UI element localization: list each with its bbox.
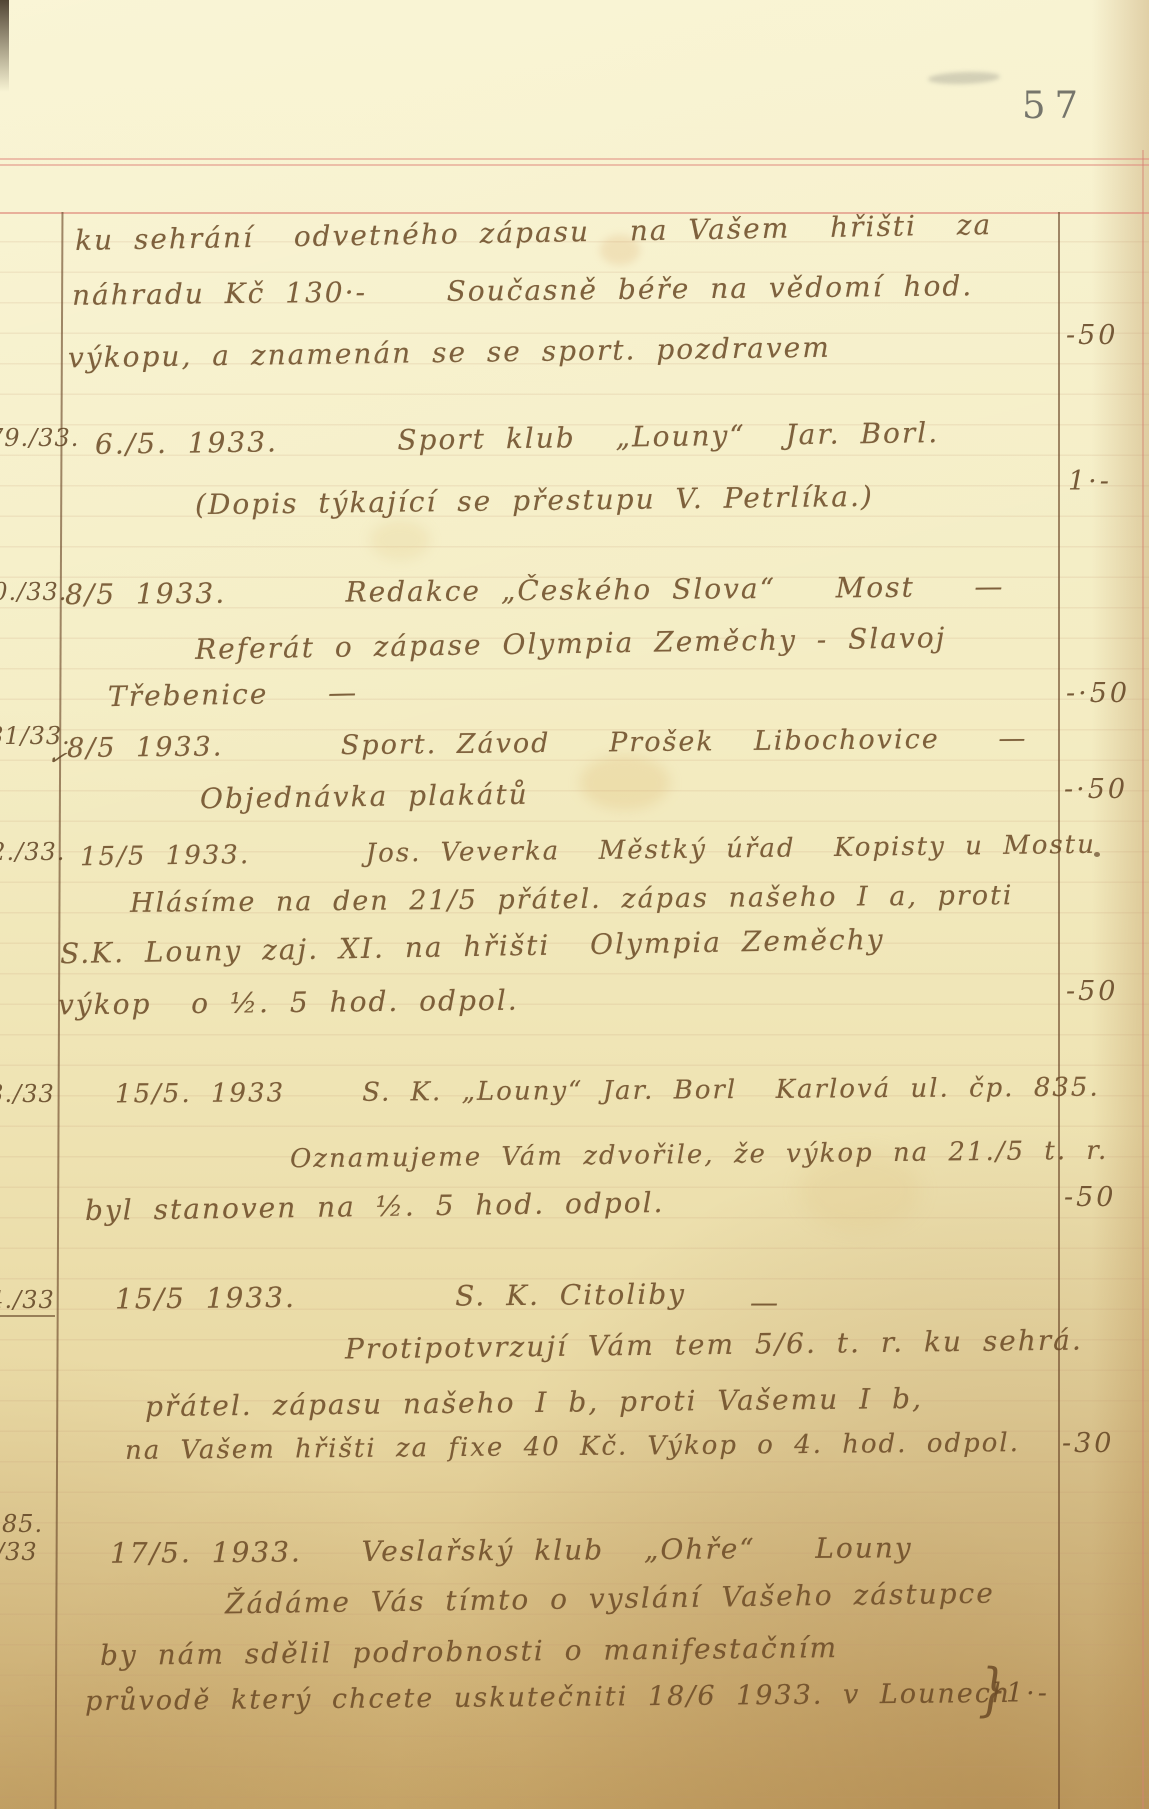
entry-81-amount: -·50 — [1064, 774, 1128, 805]
header-rule-top-2 — [0, 164, 1149, 166]
entry-80-line-3: Třebenice — — [108, 676, 359, 713]
entry-83-number: 83./33 — [0, 1080, 55, 1108]
entry-82-number: 82./33. — [0, 838, 65, 866]
entry-83-amount: -50 — [1064, 1182, 1116, 1213]
entry-80-number: 80./33. — [0, 578, 67, 606]
entry-81-line-2: Objednávka plakátů — [200, 778, 529, 816]
page-edge-line — [1142, 150, 1144, 1809]
page-number: 57 — [1022, 84, 1087, 127]
carryover-amount: -50 — [1066, 320, 1118, 351]
entry-85-number-top: 85. — [2, 1510, 43, 1538]
ink-dot — [1094, 852, 1100, 857]
entry-82-amount: -50 — [1066, 976, 1118, 1007]
entry-82-line-4: výkop o ½. 5 hod. odpol. — [58, 984, 519, 1022]
entry-85-line-1: 17/5. 1933. Veslařský klub „Ohře“ Louny — [110, 1531, 913, 1570]
entry-79-amount: 1·- — [1068, 466, 1112, 497]
header-rule-top — [0, 158, 1149, 160]
entry-84-amount: -30 — [1062, 1428, 1114, 1459]
entry-85-brace: } — [978, 1655, 1007, 1723]
entry-79-number: 79./33. — [0, 424, 79, 452]
entry-85-amount: 1·- — [1006, 1678, 1050, 1709]
amount-column-line — [1058, 212, 1060, 1809]
entry-84-title-dash: — — [750, 1286, 780, 1319]
entry-80-amount: -·50 — [1066, 678, 1130, 709]
scan-edge-mark — [0, 0, 9, 92]
entry-85-number-bottom: /33 — [0, 1538, 38, 1566]
entry-84-number: 84./33 — [0, 1286, 55, 1317]
entry-84-line-1: 15/5 1933. S. K. Citoliby — [115, 1278, 686, 1316]
